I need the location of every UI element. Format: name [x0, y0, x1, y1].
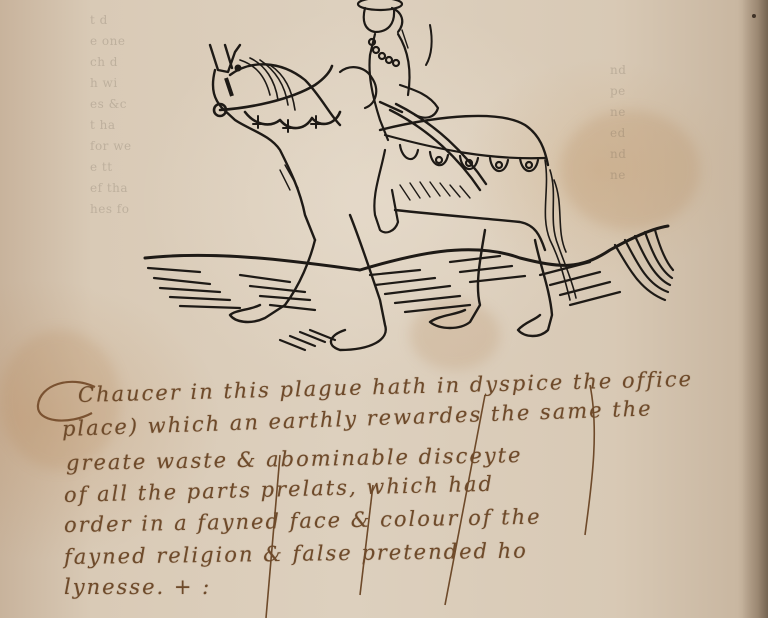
bleed-line: hes fo [90, 199, 132, 220]
bleed-line: es &c [90, 94, 132, 115]
page-edge-shadow [742, 0, 768, 618]
bleed-line: ef tha [90, 178, 132, 199]
hatched-ground [145, 226, 673, 350]
bleed-line: t ha [90, 115, 132, 136]
rider [340, 0, 438, 232]
descender-strokes [30, 375, 750, 618]
saddle-cloth [385, 135, 545, 171]
woodcut-illustration [140, 0, 680, 365]
bleed-line: t d [90, 10, 132, 31]
bleed-line: e tt [90, 157, 132, 178]
bleed-line: e one [90, 31, 132, 52]
bleed-line: h wi [90, 73, 132, 94]
bleed-line: for we [90, 136, 132, 157]
book-page: t d e one ch d h wi es &c t ha for we e … [0, 0, 768, 618]
bleed-line: ch d [90, 52, 132, 73]
bleed-through-left: t d e one ch d h wi es &c t ha for we e … [90, 10, 132, 220]
horse [210, 45, 552, 350]
